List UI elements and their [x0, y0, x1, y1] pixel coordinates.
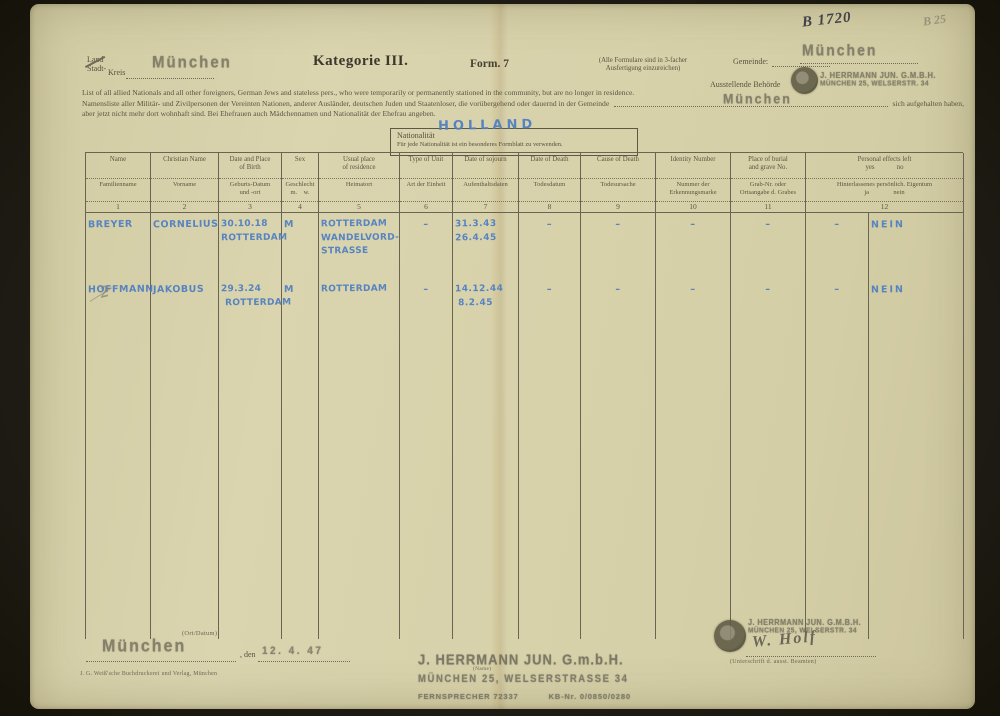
- phone-label: FERNSPRECHER 72337: [418, 692, 519, 701]
- table-cell: 29.3.24ROTTERDAM: [221, 283, 279, 311]
- table-cell: –: [583, 218, 653, 232]
- nationality-note: Für jede Nationalität ist ein besonderes…: [397, 141, 631, 148]
- gemeinde-label: Gemeinde:: [733, 57, 768, 66]
- col-header-en: Type of Unit: [400, 153, 452, 179]
- col-header-en: Name: [86, 153, 150, 179]
- kb-number: KB-Nr. 0/0850/0280: [549, 692, 631, 701]
- center-stamp-line2: MÜNCHEN 25, WELSERSTRASSE 34: [418, 673, 631, 685]
- center-stamp-line3: FERNSPRECHER 72337 KB-Nr. 0/0850/0280: [418, 686, 631, 704]
- intro-english: List of all allied Nationals and all oth…: [82, 88, 964, 99]
- document-paper: Land Stadt- Kreis München Kategorie III.…: [30, 4, 975, 709]
- kreis-dotted-line: [126, 77, 214, 79]
- col-header-de: Hinterlassenes persönlich. Eigentum ja n…: [806, 179, 963, 202]
- kreis-label: Kreis: [108, 68, 125, 77]
- table-cell: 31.3.4326.4.45: [455, 218, 516, 246]
- company-seal-footer-icon: [714, 620, 746, 652]
- intro-german-line2: aber jetzt nicht mehr dort wohnhaft sind…: [82, 109, 742, 120]
- col-number: 6: [400, 202, 452, 213]
- col-header-en: Date of Death: [519, 153, 580, 179]
- col-header-en: Sex: [282, 153, 318, 179]
- printer-imprint: J. G. Weiß'sche Buchdruckerei und Verlag…: [80, 671, 217, 677]
- col-number: 4: [282, 202, 318, 213]
- muenchen-stamp-topright: München: [802, 41, 877, 59]
- col-header-de: Geschlecht m. w.: [282, 179, 318, 202]
- herrmann-stamp-line2: MÜNCHEN 25, WELSERSTR. 34: [820, 80, 936, 88]
- table-cell: JAKOBUS: [153, 283, 216, 297]
- nationality-value-handwritten: HOLLAND: [438, 117, 536, 134]
- table-cell: –: [658, 218, 728, 232]
- intro-german-line1: Namensliste aller Militär- und Zivilpers…: [82, 99, 964, 110]
- copies-note: (Alle Formulare sind in 3-facher Ausfert…: [578, 57, 708, 73]
- ort-datum-label: (Ort/Datum): [182, 630, 217, 637]
- footer-date-dotted-line: [258, 660, 350, 662]
- center-stamp-line1: J. HERRMANN JUN. G.m.b.H.: [418, 651, 631, 668]
- col-header-en: Personal effects left yes no: [806, 153, 963, 179]
- table-cell: NEIN: [871, 283, 961, 297]
- table-column-identity: Identity NumberNummer der Erkennungsmark…: [656, 153, 731, 639]
- table-column-death-date: Date of DeathTodesdatum8 – –: [519, 153, 581, 639]
- col-header-en: Date and Place of Birth: [219, 153, 281, 179]
- effects-nein-subcolumn: NEIN NEIN: [869, 213, 963, 639]
- signature-dotted-line: [746, 655, 876, 657]
- col-header-de: Familienname: [86, 179, 150, 202]
- table-cell: –: [402, 218, 450, 232]
- col-header-en: Identity Number: [656, 153, 730, 179]
- col-header-de: Art der Einheit: [400, 179, 452, 202]
- table-cell: –: [733, 283, 803, 297]
- table-cell: –: [658, 283, 728, 297]
- table-cell: –: [521, 218, 578, 232]
- col-number: 11: [731, 202, 805, 213]
- table-column-sex: SexGeschlecht m. w.4 M M: [282, 153, 319, 639]
- gemeinde-fill-dotted-line: [614, 106, 887, 107]
- table-column-name: NameFamilienname1 BREYER HOFFMANN: [86, 153, 151, 639]
- signature-caption: (Unterschrift d. ausst. Beamten): [730, 659, 816, 665]
- table-cell: –: [808, 218, 866, 232]
- den-label: , den: [240, 650, 256, 659]
- table-column-unit: Type of UnitArt der Einheit6 – –: [400, 153, 453, 639]
- table-column-birth: Date and Place of BirthGeburts-Datum und…: [219, 153, 282, 639]
- muenchen-stamp-topleft: München: [152, 53, 232, 72]
- table-column-residence: Usual place of residenceHeimatort5 ROTTE…: [319, 153, 400, 639]
- herrmann-stamp-line1: J. HERRMANN JUN. G.M.B.H.: [820, 70, 936, 80]
- col-header-en: Cause of Death: [581, 153, 655, 179]
- table-cell: M: [284, 283, 316, 297]
- col-number: 1: [86, 202, 150, 213]
- table-cell: –: [733, 218, 803, 232]
- table-cell: –: [583, 283, 653, 297]
- col-number: 8: [519, 202, 580, 213]
- table-column-effects: Personal effects left yes noHinterlassen…: [806, 153, 964, 639]
- col-number: 12: [806, 202, 963, 213]
- col-number: 2: [151, 202, 218, 213]
- table-cell: 30.10.18ROTTERDAM: [221, 218, 279, 246]
- col-header-en: Christian Name: [151, 153, 218, 179]
- corner-mark-handwritten: B 25: [922, 11, 947, 29]
- table-column-death-cause: Cause of DeathTodesursache9 – –: [581, 153, 656, 639]
- table-cell: –: [808, 283, 866, 297]
- col-header-de: Aufenthaltsdaten: [453, 179, 518, 202]
- table-cell: –: [402, 283, 450, 297]
- table-cell: CORNELIUS: [153, 218, 216, 232]
- topright-dotted-line: [800, 62, 918, 64]
- col-header-de: Todesursache: [581, 179, 655, 202]
- center-company-stamp: J. HERRMANN JUN. G.m.b.H. (Name) MÜNCHEN…: [418, 651, 631, 704]
- photo-canvas: { "colors":{"paper":"#d8d2ab","backgroun…: [0, 0, 1000, 716]
- effects-ja-subcolumn: – –: [806, 213, 869, 639]
- col-header-en: Date of sojourn: [453, 153, 518, 179]
- table-cell: M: [284, 218, 316, 232]
- col-header-de: Grab-Nr. oder Ortsangabe d. Grabes: [731, 179, 805, 202]
- col-header-de: Todesdatum: [519, 179, 580, 202]
- table-column-burial: Place of burial and grave No.Grab-Nr. od…: [731, 153, 806, 639]
- col-number: 10: [656, 202, 730, 213]
- table-cell: –: [521, 283, 578, 297]
- form-number: Form. 7: [470, 58, 509, 70]
- date-stamp: 12. 4. 47: [262, 645, 323, 657]
- col-number: 5: [319, 202, 399, 213]
- table-cell: ROTTERDAM: [321, 283, 397, 297]
- col-header-de: Geburts-Datum und -ort: [219, 179, 281, 202]
- table-cell: ROTTERDAMWANDELVORD-STRASSE: [321, 218, 397, 259]
- footer-place-dotted-line: [86, 660, 236, 662]
- table-cell: 14.12.448.2.45: [455, 283, 516, 311]
- kategorie-title: Kategorie III.: [313, 53, 408, 70]
- col-header-en: Usual place of residence: [319, 153, 399, 179]
- herrmann-stamp-top: J. HERRMANN JUN. G.M.B.H. MÜNCHEN 25, WE…: [820, 70, 936, 87]
- table-cell: BREYER: [88, 218, 148, 232]
- col-header-de: Heimatort: [319, 179, 399, 202]
- col-number: 7: [453, 202, 518, 213]
- table-column-christian-name: Christian NameVorname2 CORNELIUS JAKOBUS: [151, 153, 219, 639]
- persons-table: NameFamilienname1 BREYER HOFFMANN Christ…: [85, 152, 963, 639]
- intro-paragraph: List of all allied Nationals and all oth…: [82, 88, 964, 120]
- muenchen-stamp-footer: München: [102, 637, 186, 657]
- col-header-en: Place of burial and grave No.: [731, 153, 805, 179]
- table-cell: HOFFMANN: [88, 283, 148, 297]
- table-cell: NEIN: [871, 218, 961, 232]
- register-mark-handwritten: B 1720: [801, 9, 852, 31]
- right-stamp-line1: J. HERRMANN JUN. G.M.B.H.: [748, 617, 861, 627]
- table-column-sojourn: Date of sojournAufenthaltsdaten7 31.3.43…: [453, 153, 519, 639]
- col-number: 3: [219, 202, 281, 213]
- col-header-de: Nummer der Erkennungsmarke: [656, 179, 730, 202]
- col-number: 9: [581, 202, 655, 213]
- col-header-de: Vorname: [151, 179, 218, 202]
